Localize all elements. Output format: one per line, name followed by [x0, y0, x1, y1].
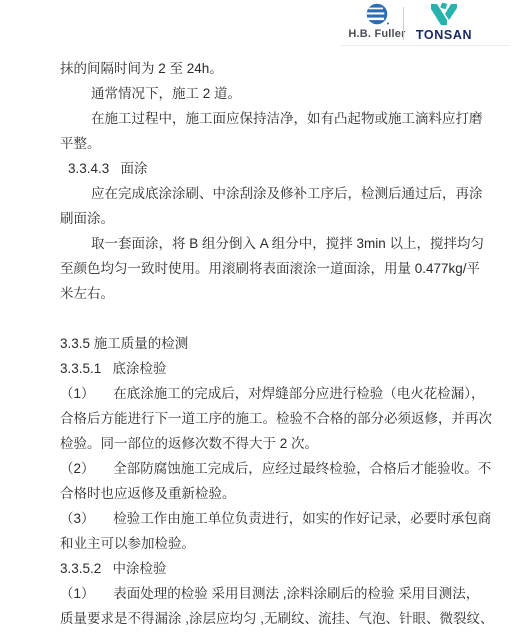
page-header: H.B. Fuller TONSAN [0, 0, 515, 46]
doc-line: 平整。 [60, 131, 497, 156]
hb-fuller-logo-text: H.B. Fuller [345, 28, 409, 40]
header-divider [403, 7, 404, 40]
doc-line: （1） 表面处理的检验 采用目测法 ,涂料涂刷后的检验 采用目测法， [60, 581, 497, 606]
doc-line: 合格后方能进行下一道工序的施工。检验不合格的部分必须返修，并再次 [60, 406, 497, 431]
doc-line: 合格时也应返修及重新检验。 [60, 481, 497, 506]
document-body: 抹的间隔时间为 2 至 24h。 通常情况下，施工 2 道。 在施工过程中，施工… [60, 56, 497, 631]
doc-line: （2） 全部防腐蚀施工完成后，应经过最终检验，合格后才能验收。不 [60, 456, 497, 481]
doc-line: 抹的间隔时间为 2 至 24h。 [60, 56, 497, 81]
doc-section-heading: 3.3.4.3 面涂 [68, 156, 497, 181]
doc-line: 取一套面涂，将 B 组分倒入 A 组分中，搅拌 3min 以上，搅拌均匀 [91, 231, 497, 256]
tonsan-v-tiles-icon [427, 3, 461, 26]
doc-section-heading: 3.3.5 施工质量的检测 [60, 331, 497, 356]
doc-line: 检验。同一部位的返修次数不得大于 2 次。 [60, 431, 497, 456]
doc-line: 刷面涂。 [60, 206, 497, 231]
tonsan-logo-text: TONSAN [411, 28, 477, 42]
tonsan-brand: TONSAN [411, 3, 477, 42]
hb-fuller-striped-globe-icon [366, 3, 389, 26]
doc-section-heading: 3.3.5.2 中涂检验 [60, 556, 497, 581]
doc-line: 通常情况下，施工 2 道。 [91, 81, 497, 106]
doc-section-heading: 3.3.5.1 底涂检验 [60, 356, 497, 381]
doc-blank-line [60, 306, 497, 331]
doc-line: （1） 在底涂施工的完成后，对焊缝部分应进行检验（电火花检漏）， [60, 381, 497, 406]
doc-line: 至颜色均匀一致时使用。用滚刷将表面滚涂一道面涂，用量 0.477kg/平 [60, 256, 497, 281]
doc-line: 质量要求是不得漏涂 ,涂层应均匀 ,无刷纹、流挂、气泡、针眼、微裂纹、 [60, 606, 497, 631]
header-bottom-rule [340, 45, 510, 46]
doc-line: 应在完成底涂涂刷、中涂刮涂及修补工序后，检测后通过后，再涂 [91, 181, 497, 206]
doc-line: 在施工过程中，施工面应保持洁净，如有凸起物或施工滴料应打磨 [91, 106, 497, 131]
doc-line: （3） 检验工作由施工单位负责进行，如实的作好记录，必要时承包商 [60, 506, 497, 531]
hb-fuller-brand: H.B. Fuller [345, 3, 409, 40]
doc-line: 和业主可以参加检验。 [60, 531, 497, 556]
doc-line: 米左右。 [60, 281, 497, 306]
